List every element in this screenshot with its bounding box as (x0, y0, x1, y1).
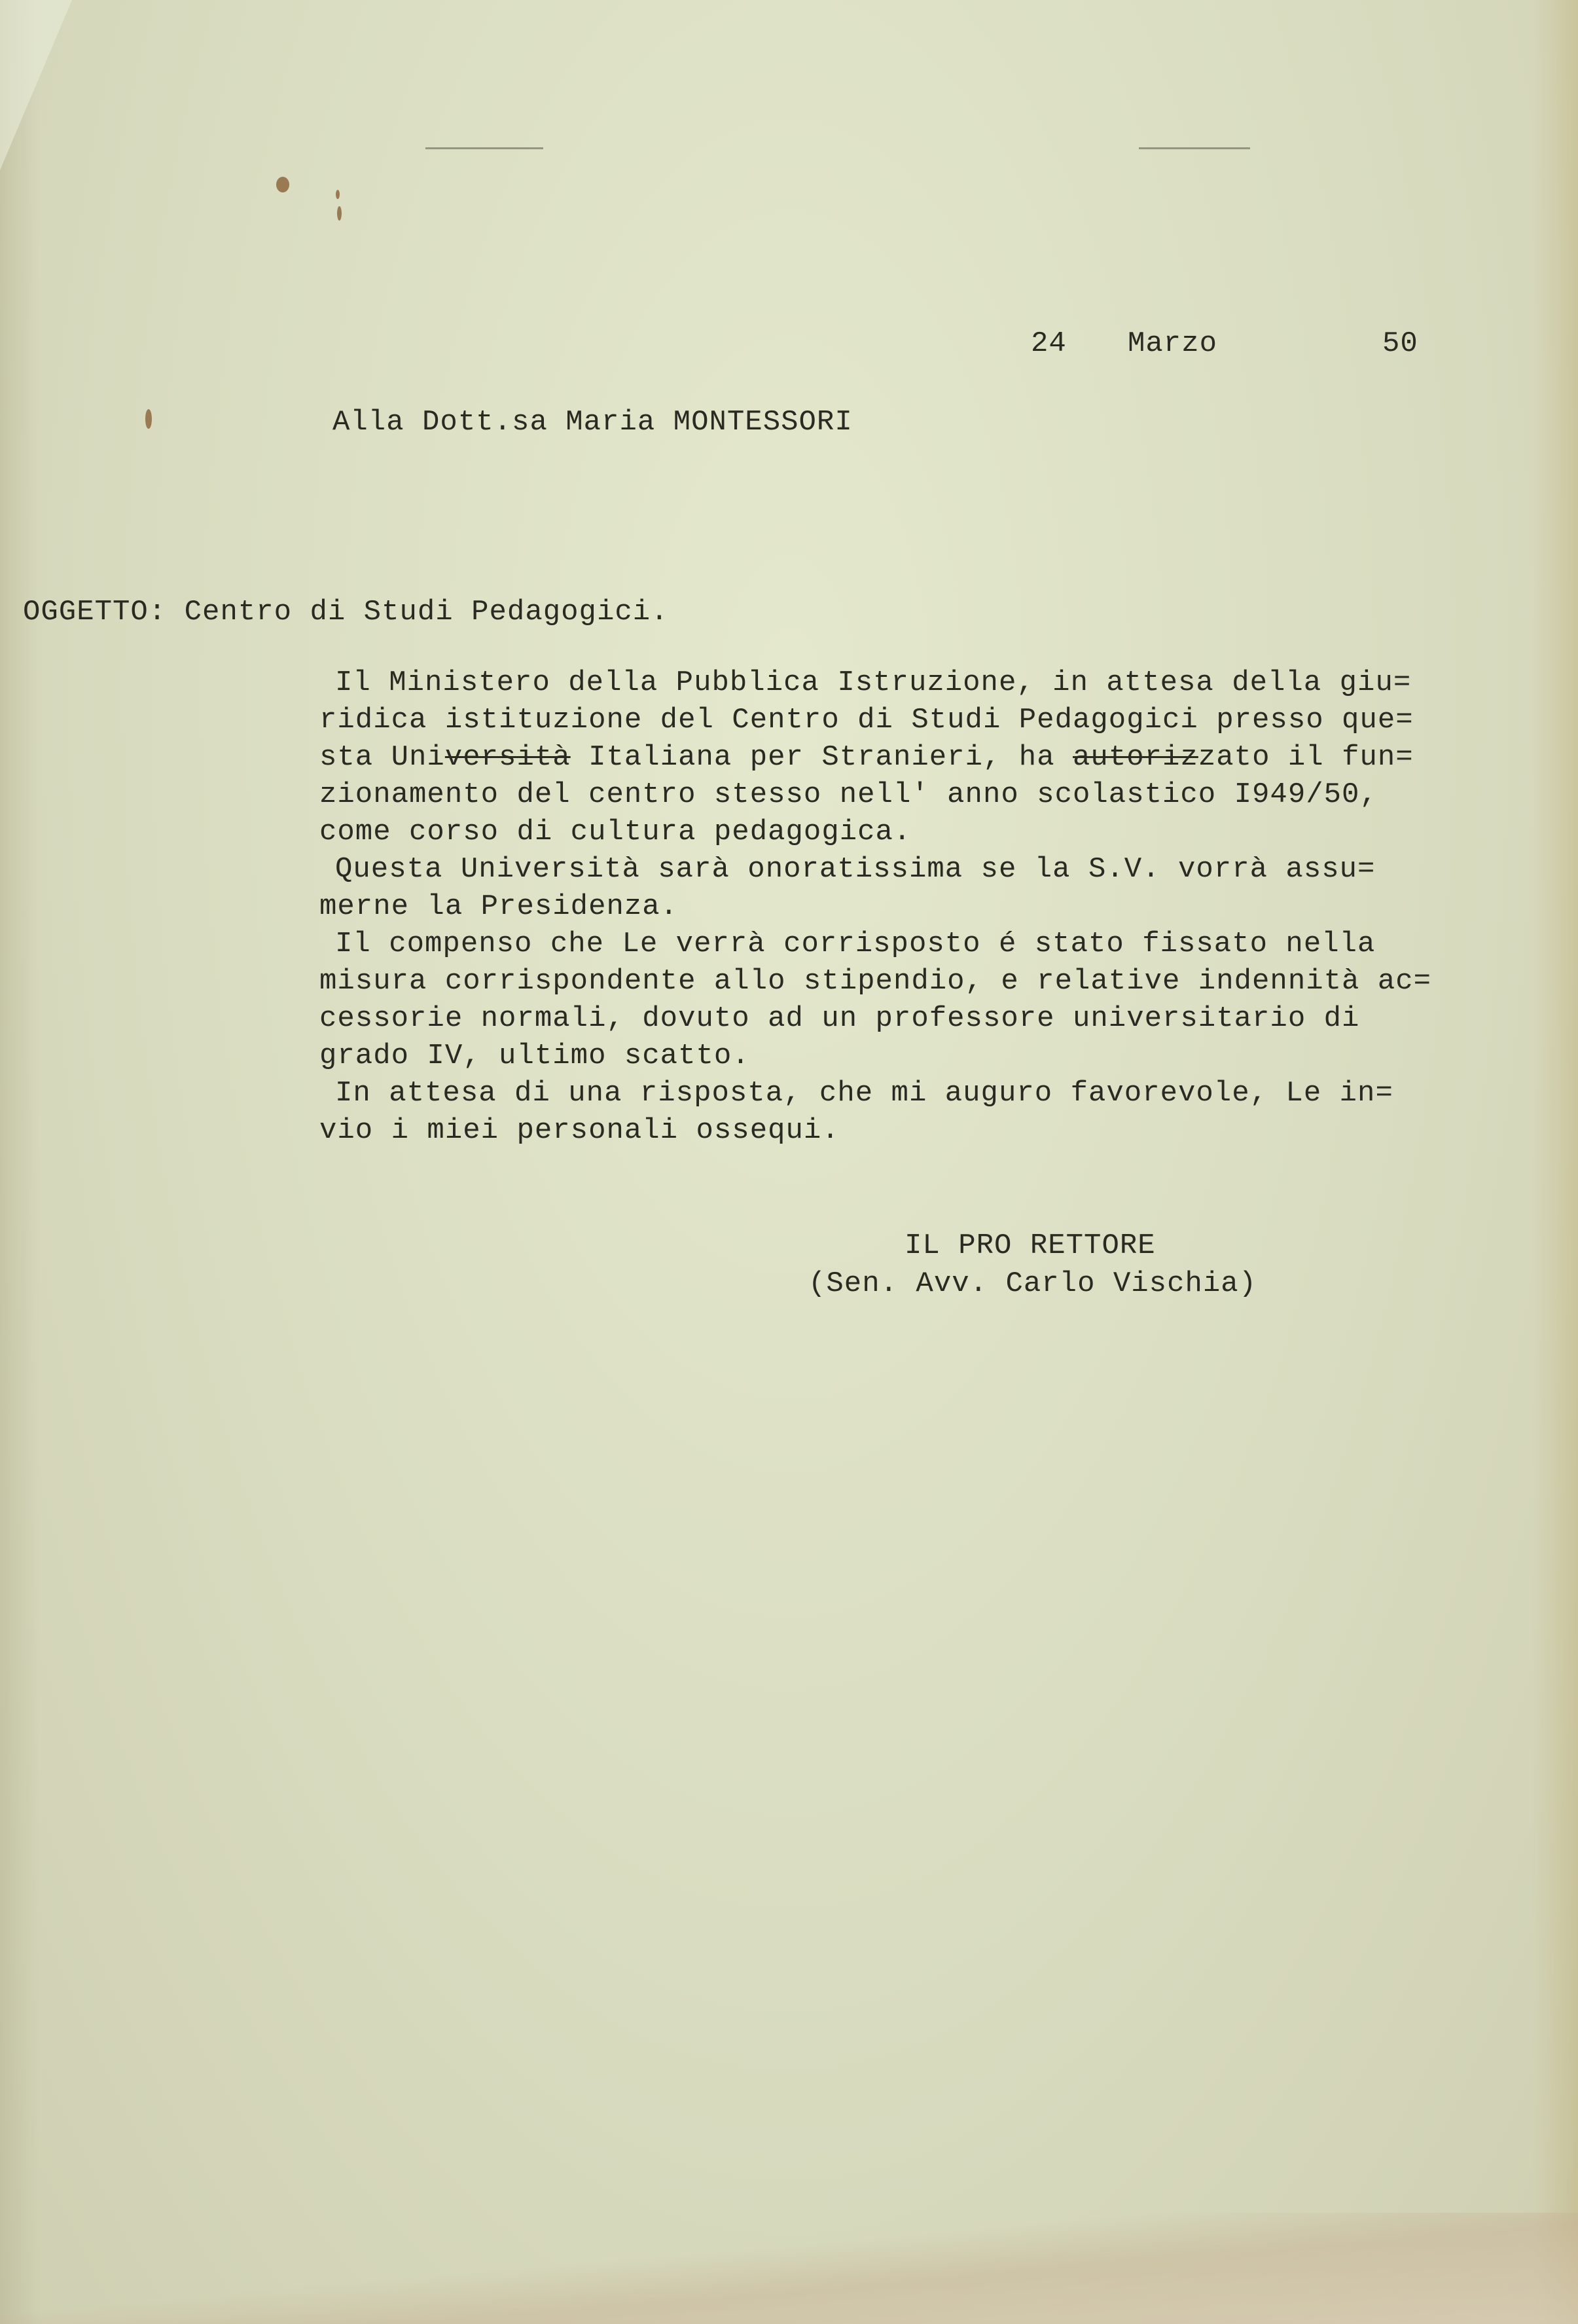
body-line: merne la Presidenza. (319, 890, 678, 923)
signature-name: (Sen. Avv. Carlo Vischia) (808, 1267, 1257, 1300)
body-line: come corso di cultura pedagogica. (319, 816, 911, 848)
date-year: 50 (1382, 327, 1418, 360)
body-text: zato il fun= (1198, 741, 1414, 774)
struck-text: autoriz (1073, 741, 1198, 774)
body-line: zionamento del centro stesso nell' anno … (319, 778, 1378, 811)
paper-bottom-crease (0, 2213, 1578, 2324)
body-line: vio i miei personali ossequi. (319, 1114, 840, 1147)
paper-edge-shadow (0, 0, 39, 2324)
paper-corner-fold (0, 0, 72, 170)
body-line: cessorie normali, dovuto ad un professor… (319, 1002, 1359, 1035)
body-line: Il Ministero della Pubblica Istruzione, … (335, 666, 1411, 699)
body-text: sta Uni (319, 741, 445, 774)
stain-spot (336, 190, 340, 199)
body-line: Questa Università sarà onoratissima se l… (335, 853, 1375, 886)
stain-spot (337, 206, 342, 221)
stain-spot (276, 177, 289, 192)
letterhead-dash-left (425, 147, 543, 149)
struck-text: versità (445, 741, 571, 774)
date-month: Marzo (1128, 327, 1217, 360)
letter-page: 24 Marzo 50 Alla Dott.sa Maria MONTESSOR… (0, 0, 1578, 2324)
subject: OGGETTO: Centro di Studi Pedagogici. (23, 596, 669, 628)
body-text: Italiana per Stranieri, ha (571, 741, 1073, 774)
body-line: misura corrispondente allo stipendio, e … (319, 965, 1431, 998)
paper-edge-stain (1532, 0, 1578, 2324)
body-line: In attesa di una risposta, che mi auguro… (335, 1077, 1393, 1110)
stain-spot (145, 409, 152, 429)
signature-title: IL PRO RETTORE (905, 1229, 1156, 1262)
recipient: Alla Dott.sa Maria MONTESSORI (332, 406, 853, 439)
body-line: sta Università Italiana per Stranieri, h… (319, 741, 1414, 774)
date-day: 24 (1031, 327, 1067, 360)
body-line: grado IV, ultimo scatto. (319, 1040, 750, 1072)
letterhead-dash-right (1139, 147, 1250, 149)
body-line: Il compenso che Le verrà corrisposto é s… (335, 928, 1375, 960)
body-line: ridica istituzione del Centro di Studi P… (319, 704, 1414, 736)
